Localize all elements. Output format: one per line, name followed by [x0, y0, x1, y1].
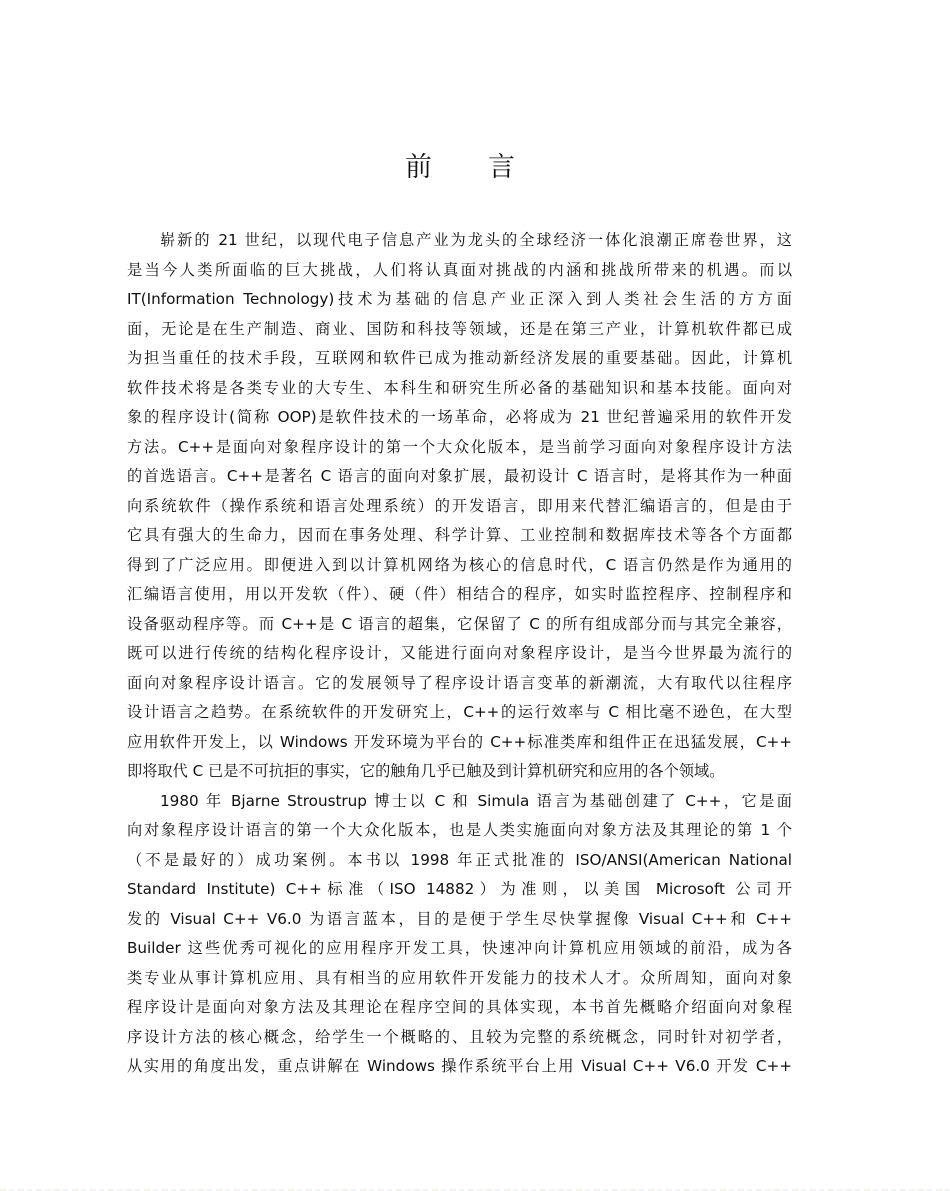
text-line: 方法。C++是面向对象程序设计的第一个大众化版本，是当前学习面向对象程序设计方法: [127, 433, 792, 463]
text-line: 程序设计是面向对象方法及其理论在程序空间的具体实现，本书首先概略介绍面向对象程: [127, 993, 792, 1023]
text-line: 软件技术将是各类专业的大专生、本科生和研究生所必备的基础知识和基本技能。面向对: [127, 374, 792, 404]
text-line: 是当今人类所面临的巨大挑战，人们将认真面对挑战的内涵和挑战所带来的机遇。而以: [127, 256, 792, 286]
text-line: （不是最好的）成功案例。本书以 1998 年正式批准的 ISO/ANSI(Ame…: [127, 846, 792, 876]
text-line: 为担当重任的技术手段，互联网和软件已成为推动新经济发展的重要基础。因此，计算机: [127, 344, 792, 374]
text-line: 从实用的角度出发，重点讲解在 Windows 操作系统平台上用 Visual C…: [127, 1052, 792, 1082]
text-line: 象的程序设计(简称 OOP)是软件技术的一场革命，必将成为 21 世纪普遍采用的…: [127, 403, 792, 433]
text-line: IT(Information Technology)技术为基础的信息产业正深入到…: [127, 285, 792, 315]
paragraph-2: 1980 年 Bjarne Stroustrup 博士以 C 和 Simula …: [127, 787, 792, 1082]
text-line: 汇编语言使用，用以开发软（件）、硬（件）相结合的程序，如实时监控程序、控制程序和: [127, 580, 792, 610]
text-line: 发的 Visual C++ V6.0 为语言蓝本，目的是便于学生尽快掌握像 Vi…: [127, 905, 792, 935]
text-line: 即将取代 C 已是不可抗拒的事实，它的触角几乎已触及到计算机研究和应用的各个领域…: [127, 757, 792, 787]
text-line: 既可以进行传统的结构化程序设计，又能进行面向对象程序设计，是当今世界最为流行的: [127, 639, 792, 669]
text-line: 向对象程序设计语言的第一个大众化版本，也是人类实施面向对象方法及其理论的第 1 …: [127, 816, 792, 846]
preface-body: 崭新的 21 世纪，以现代电子信息产业为龙头的全球经济一体化浪潮正席卷世界，这 …: [127, 226, 792, 1082]
text-line: 类专业从事计算机应用、具有相当的应用软件开发能力的技术人才。众所周知，面向对象: [127, 964, 792, 994]
text-line: 序设计方法的核心概念，给学生一个概略的、且较为完整的系统概念，同时针对初学者，: [127, 1023, 792, 1053]
text-line: 向系统软件（操作系统和语言处理系统）的开发语言，即用来代替汇编语言的，但是由于: [127, 492, 792, 522]
text-line: 面向对象程序设计语言。它的发展领导了程序设计语言变革的新潮流，大有取代以往程序: [127, 669, 792, 699]
text-line: Standard Institute) C++标准（ISO 14882）为准则，…: [127, 875, 792, 905]
text-line: Builder 这些优秀可视化的应用程序开发工具，快速冲向计算机应用领域的前沿，…: [127, 934, 792, 964]
text-line: 的首选语言。C++是著名 C 语言的面向对象扩展，最初设计 C 语言时，是将其作…: [127, 462, 792, 492]
text-line: 面，无论是在生产制造、商业、国防和科技等领域，还是在第三产业，计算机软件都已成: [127, 315, 792, 345]
text-line: 得到了广泛应用。即便进入到以计算机网络为核心的信息时代，C 语言仍然是作为通用的: [127, 551, 792, 581]
text-line: 设备驱动程序等。而 C++是 C 语言的超集，它保留了 C 的所有组成部分而与其…: [127, 610, 792, 640]
paragraph-1: 崭新的 21 世纪，以现代电子信息产业为龙头的全球经济一体化浪潮正席卷世界，这 …: [127, 226, 792, 787]
text-line: 设计语言之趋势。在系统软件的开发研究上，C++的运行效率与 C 相比毫不逊色，在…: [127, 698, 792, 728]
text-line: 1980 年 Bjarne Stroustrup 博士以 C 和 Simula …: [127, 787, 792, 817]
text-line: 应用软件开发上，以 Windows 开发环境为平台的 C++标准类库和组件正在迅…: [127, 728, 792, 758]
text-line: 崭新的 21 世纪，以现代电子信息产业为龙头的全球经济一体化浪潮正席卷世界，这: [127, 226, 792, 256]
document-page: 前言 崭新的 21 世纪，以现代电子信息产业为龙头的全球经济一体化浪潮正席卷世界…: [0, 0, 950, 1191]
text-line: 它具有强大的生命力，因而在事务处理、科学计算、工业控制和数据库技术等各个方面都: [127, 521, 792, 551]
page-title: 前言: [0, 150, 920, 186]
